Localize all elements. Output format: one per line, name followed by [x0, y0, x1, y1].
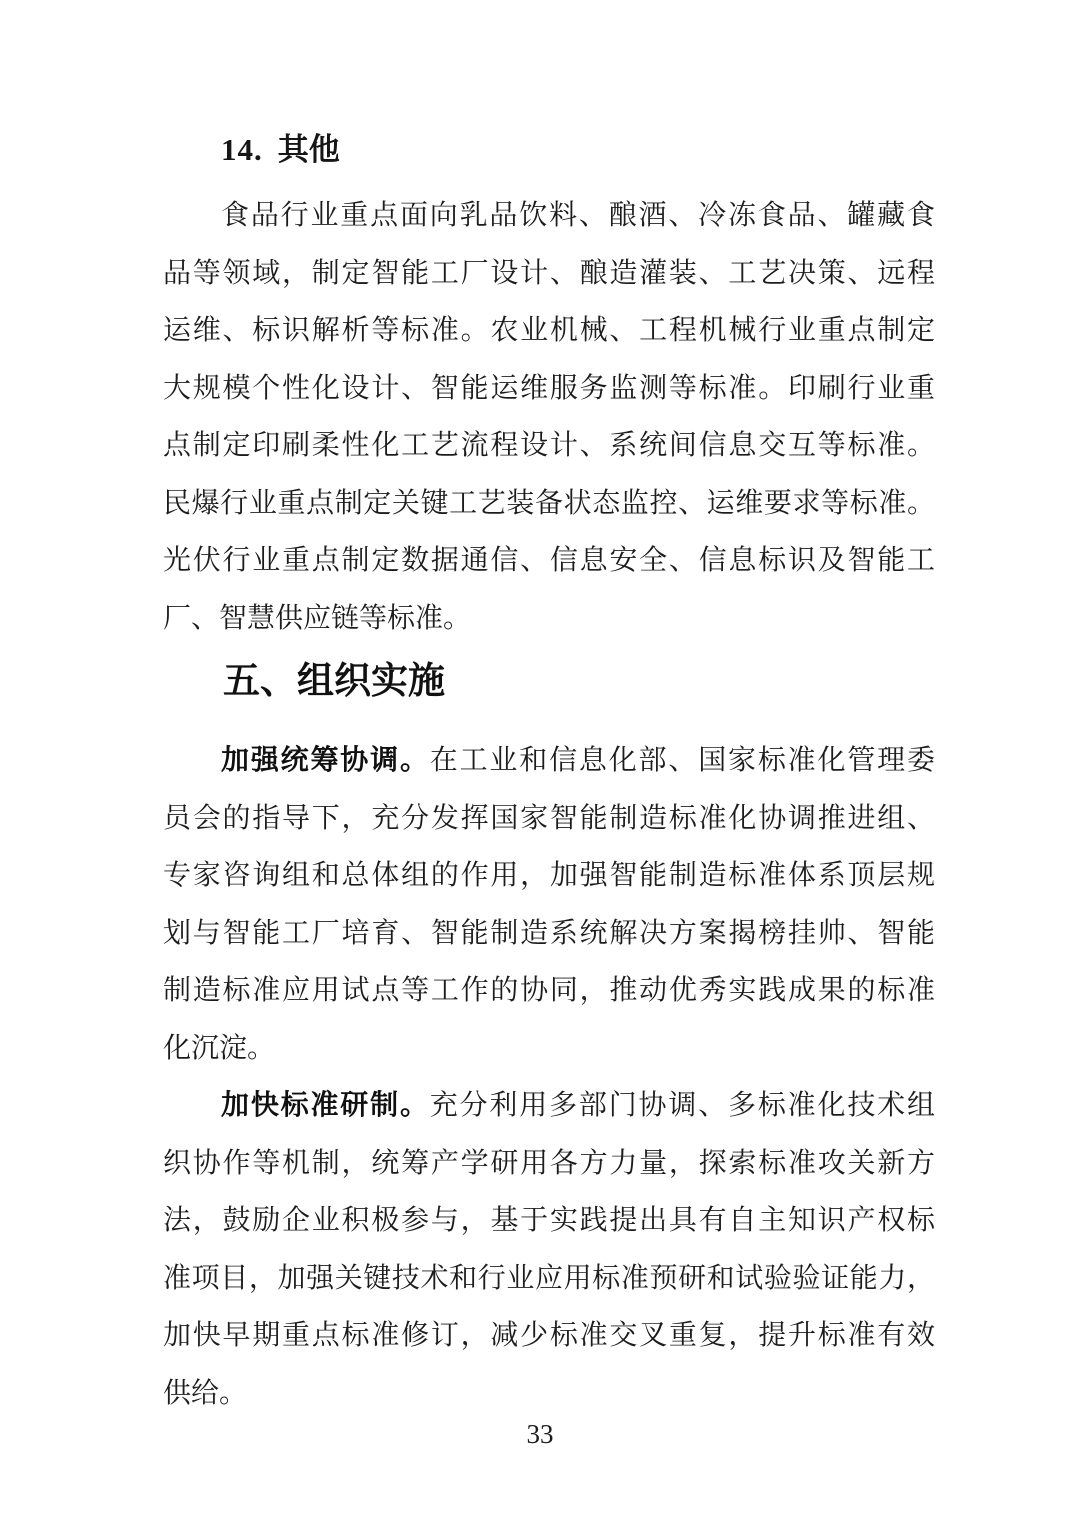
paragraph-line: 点制定印刷柔性化工艺流程设计、系统间信息交互等标准。 [163, 417, 935, 475]
paragraph-text: 食品行业重点面向乳品饮料、酿酒、冷冻食品、罐藏食 [221, 200, 935, 231]
paragraph-line: 光伏行业重点制定数据通信、信息安全、信息标识及智能工 [163, 532, 935, 590]
paragraph-text: 品等领域，制定智能工厂设计、酿造灌装、工艺决策、远程 [163, 258, 935, 289]
paragraph-text: 供给。 [163, 1378, 247, 1409]
paragraph-line: 员会的指导下，充分发挥国家智能制造标准化协调推进组、 [163, 790, 935, 848]
paragraph-line: 法，鼓励企业积极参与，基于实践提出具有自主知识产权标 [163, 1192, 935, 1250]
paragraph-text: 厂、智慧供应链等标准。 [163, 603, 471, 634]
paragraph-text: 员会的指导下，充分发挥国家智能制造标准化协调推进组、 [163, 803, 935, 834]
paragraph-text: 化沉淀。 [163, 1033, 275, 1064]
paragraph-line: 织协作等机制，统筹产学研用各方力量，探索标准攻关新方 [163, 1135, 935, 1193]
paragraph-line: 加强统筹协调。在工业和信息化部、国家标准化管理委 [163, 732, 935, 790]
paragraph-text: 法，鼓励企业积极参与，基于实践提出具有自主知识产权标 [163, 1205, 935, 1236]
paragraph-line: 运维、标识解析等标准。农业机械、工程机械行业重点制定 [163, 302, 935, 360]
paragraph-text: 织协作等机制，统筹产学研用各方力量，探索标准攻关新方 [163, 1148, 935, 1179]
paragraph-3: 加强统筹协调。在工业和信息化部、国家标准化管理委员会的指导下，充分发挥国家智能制… [163, 732, 935, 1077]
paragraph-line: 制造标准应用试点等工作的协同，推动优秀实践成果的标准 [163, 962, 935, 1020]
sub-heading-title: 其他 [278, 132, 340, 167]
document-page: 14.其他食品行业重点面向乳品饮料、酿酒、冷冻食品、罐藏食品等领域，制定智能工厂… [0, 0, 1080, 1527]
paragraph-text: 光伏行业重点制定数据通信、信息安全、信息标识及智能工 [163, 545, 935, 576]
paragraph-line: 化沉淀。 [163, 1020, 935, 1078]
paragraph-lead-bold: 加强统筹协调。 [221, 745, 430, 776]
paragraph-text: 专家咨询组和总体组的作用，加强智能制造标准体系顶层规 [163, 860, 935, 891]
paragraph-text: 准项目，加强关键技术和行业应用标准预研和试验验证能力， [163, 1263, 935, 1294]
paragraph-line: 加快标准研制。充分利用多部门协调、多标准化技术组 [163, 1077, 935, 1135]
paragraph-text: 加快早期重点标准修订，减少标准交叉重复，提升标准有效 [163, 1320, 935, 1351]
document-body: 14.其他食品行业重点面向乳品饮料、酿酒、冷冻食品、罐藏食品等领域，制定智能工厂… [163, 128, 935, 1422]
paragraph-text: 民爆行业重点制定关键工艺装备状态监控、运维要求等标准。 [163, 488, 935, 519]
sub-heading: 14.其他 [163, 128, 935, 172]
paragraph-text: 运维、标识解析等标准。农业机械、工程机械行业重点制定 [163, 315, 935, 346]
paragraph-text: 大规模个性化设计、智能运维服务监测等标准。印刷行业重 [163, 373, 935, 404]
page-number: 33 [0, 1416, 1080, 1452]
paragraph-line: 供给。 [163, 1365, 935, 1423]
paragraph-4: 加快标准研制。充分利用多部门协调、多标准化技术组织协作等机制，统筹产学研用各方力… [163, 1077, 935, 1422]
section-heading: 五、组织实施 [163, 653, 935, 709]
paragraph-line: 食品行业重点面向乳品饮料、酿酒、冷冻食品、罐藏食 [163, 187, 935, 245]
paragraph-line: 大规模个性化设计、智能运维服务监测等标准。印刷行业重 [163, 360, 935, 418]
paragraph-text: 充分利用多部门协调、多标准化技术组 [430, 1090, 935, 1121]
paragraph-text: 制造标准应用试点等工作的协同，推动优秀实践成果的标准 [163, 975, 935, 1006]
paragraph-line: 准项目，加强关键技术和行业应用标准预研和试验验证能力， [163, 1250, 935, 1308]
paragraph-text: 点制定印刷柔性化工艺流程设计、系统间信息交互等标准。 [163, 430, 935, 461]
paragraph-text: 在工业和信息化部、国家标准化管理委 [430, 745, 935, 776]
paragraph-1: 食品行业重点面向乳品饮料、酿酒、冷冻食品、罐藏食品等领域，制定智能工厂设计、酿造… [163, 187, 935, 647]
paragraph-line: 划与智能工厂培育、智能制造系统解决方案揭榜挂帅、智能 [163, 905, 935, 963]
paragraph-line: 厂、智慧供应链等标准。 [163, 590, 935, 648]
paragraph-lead-bold: 加快标准研制。 [221, 1090, 430, 1121]
paragraph-text: 划与智能工厂培育、智能制造系统解决方案揭榜挂帅、智能 [163, 918, 935, 949]
paragraph-line: 专家咨询组和总体组的作用，加强智能制造标准体系顶层规 [163, 847, 935, 905]
paragraph-line: 民爆行业重点制定关键工艺装备状态监控、运维要求等标准。 [163, 475, 935, 533]
paragraph-line: 品等领域，制定智能工厂设计、酿造灌装、工艺决策、远程 [163, 245, 935, 303]
sub-heading-number: 14. [221, 132, 263, 167]
paragraph-line: 加快早期重点标准修订，减少标准交叉重复，提升标准有效 [163, 1307, 935, 1365]
